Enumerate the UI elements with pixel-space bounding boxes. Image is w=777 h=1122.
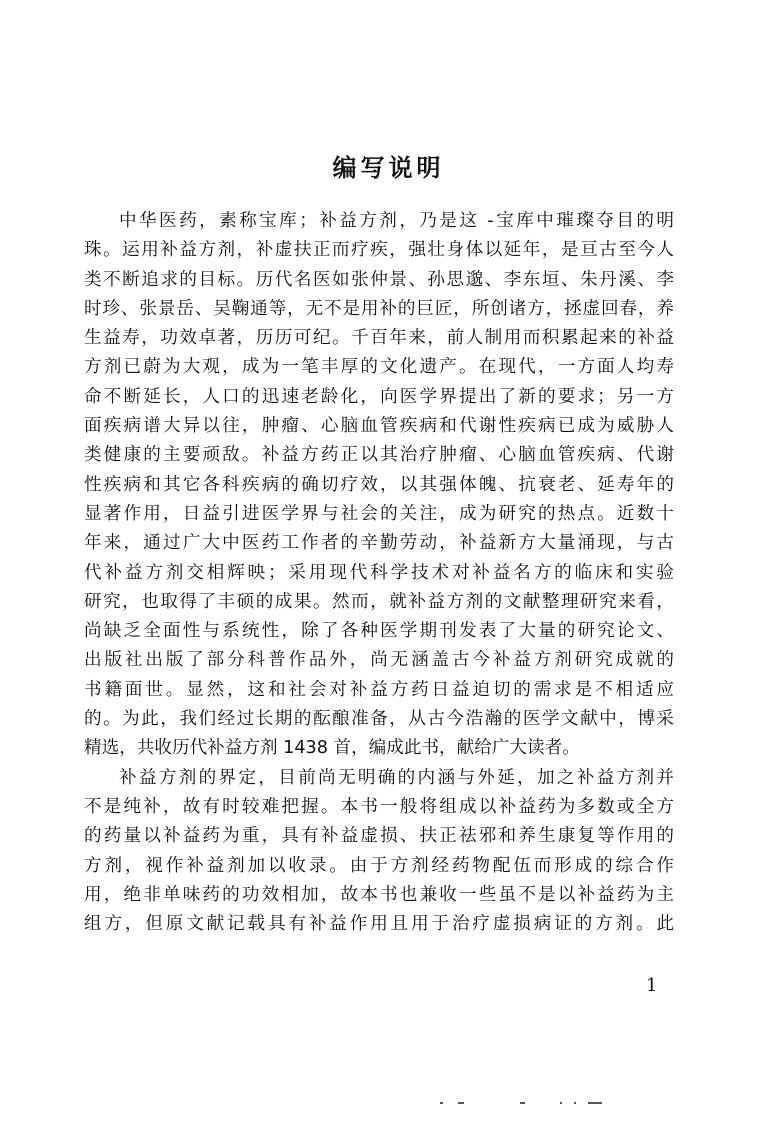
text-line: 补益方剂的界定，目前尚无明确的内涵与外延，加之补益方剂并 [84, 764, 674, 793]
text-line: 方剂，视作补益剂加以收录。由于方剂经药物配伍而形成的综合作 [84, 852, 674, 881]
text-line: 类健康的主要顽敌。补益方药正以其治疗肿瘤、心脑血管疾病、代谢 [84, 441, 674, 470]
text-line: 命不断延长，人口的迅速老龄化，向医学界提出了新的要求；另一方 [84, 383, 674, 412]
text-line: 时珍、张景岳、吴鞠通等，无不是用补的巨匠，所创诸方，拯虚回春，养 [84, 295, 674, 324]
text-line: 组方，但原文献记载具有补益作用且用于治疗虚损病证的方剂。此 [84, 910, 674, 939]
text-line: 中华医药，素称宝库；补益方剂，乃是这 -宝库中璀璨夺目的明 [84, 207, 674, 236]
body-text: 中华医药，素称宝库；补益方剂，乃是这 -宝库中璀璨夺目的明 珠。运用补益方剂，补… [84, 207, 674, 939]
text-line: 性疾病和其它各科疾病的确切疗效，以其强体魄、抗衰老、延寿年的 [84, 471, 674, 500]
paragraph-1: 中华医药，素称宝库；补益方剂，乃是这 -宝库中璀璨夺目的明 珠。运用补益方剂，补… [84, 207, 674, 764]
text-line: 显著作用，日益引进医学界与社会的关注，成为研究的热点。近数十 [84, 500, 674, 529]
scan-artifact [436, 1102, 636, 1106]
text-line: 的药量以补益药为重，具有补益虚损、扶正祛邪和养生康复等作用的 [84, 822, 674, 851]
text-line: 研究，也取得了丰硕的成果。然而，就补益方剂的文献整理研究来看， [84, 588, 674, 617]
text-line: 的。为此，我们经过长期的酝酿准备，从古今浩瀚的医学文献中，博采 [84, 705, 674, 734]
text-line: 生益寿，功效卓著，历历可纪。千百年来，前人制用而积累起来的补益 [84, 324, 674, 353]
text-line: 用，绝非单味药的功效相加，故本书也兼收一些虽不是以补益药为主 [84, 881, 674, 910]
text-line: 面疾病谱大异以往，肿瘤、心脑血管疾病和代谢性疾病已成为威胁人 [84, 412, 674, 441]
page-number: 1 [646, 974, 657, 998]
text-line: 尚缺乏全面性与系统性，除了各种医学期刊发表了大量的研究论文、 [84, 617, 674, 646]
text-line: 精选，共收历代补益方剂 1438 首，编成此书，献给广大读者。 [84, 734, 674, 763]
text-line: 方剂已蔚为大观，成为一笔丰厚的文化遗产。在现代，一方面人均寿 [84, 353, 674, 382]
text-line: 类不断追求的目标。历代名医如张仲景、孙思邈、李东垣、朱丹溪、李 [84, 266, 674, 295]
text-line: 珠。运用补益方剂，补虚扶正而疗疾，强壮身体以延年，是亘古至今人 [84, 236, 674, 265]
paragraph-2: 补益方剂的界定，目前尚无明确的内涵与外延，加之补益方剂并 不是纯补，故有时较难把… [84, 764, 674, 940]
text-line: 代补益方剂交相辉映；采用现代科学技术对补益名方的临床和实验 [84, 559, 674, 588]
text-line: 书籍面世。显然，这和社会对补益方药日益迫切的需求是不相适应 [84, 676, 674, 705]
text-line: 不是纯补，故有时较难把握。本书一般将组成以补益药为多数或全方 [84, 793, 674, 822]
page-title: 编写说明 [0, 152, 777, 184]
text-line: 出版社出版了部分科普作品外，尚无涵盖古今补益方剂研究成就的 [84, 646, 674, 675]
text-line: 年来，通过广大中医药工作者的辛勤劳动，补益新方大量涌现，与古 [84, 529, 674, 558]
